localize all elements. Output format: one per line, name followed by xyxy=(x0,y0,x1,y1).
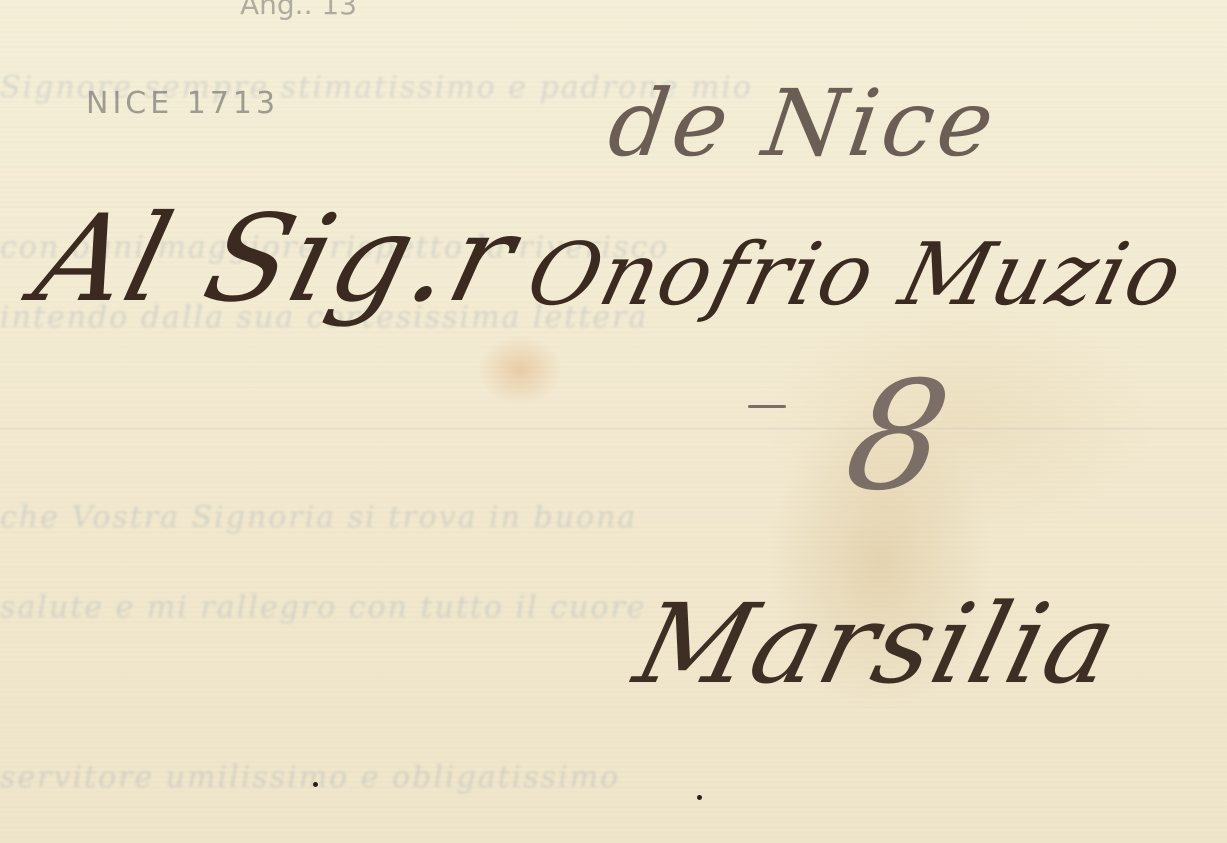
destination-city: Marsilia xyxy=(624,580,1130,708)
salutation: Al Sig.r xyxy=(23,190,530,329)
letter-sheet: Signore sempre stimatissimo e padrone mi… xyxy=(0,0,1227,843)
showthrough-line: salute e mi rallegro con tutto il cuore xyxy=(0,590,647,625)
postage-rate-mark: 8 xyxy=(835,350,961,524)
recipient-name: Onofrio Muzio xyxy=(518,225,1194,325)
ink-speck xyxy=(313,782,318,787)
showthrough-line: che Vostra Signoria si trova in buona xyxy=(0,500,637,535)
origin-marking: de Nice xyxy=(602,70,1004,177)
ink-speck xyxy=(697,795,702,800)
pencil-note-top: Ang.. 13 xyxy=(240,0,357,21)
pencil-dealer-note: NICE 1713 xyxy=(86,86,279,121)
showthrough-line: servitore umilissimo e obligatissimo xyxy=(0,760,620,795)
paper-fold xyxy=(0,428,1227,431)
rate-dash xyxy=(748,405,786,408)
